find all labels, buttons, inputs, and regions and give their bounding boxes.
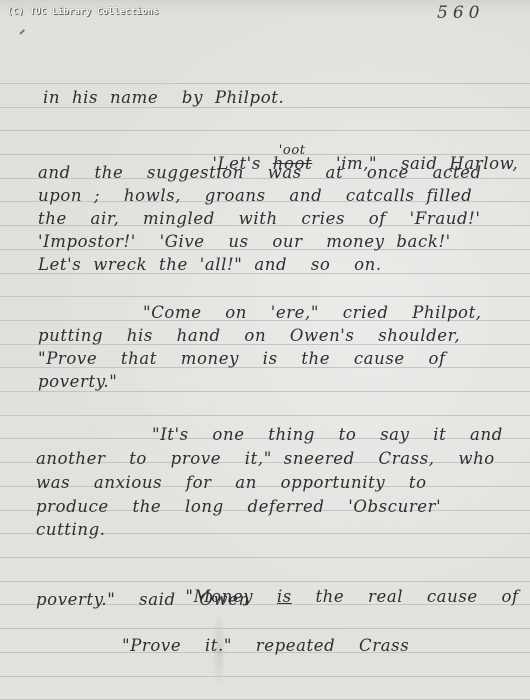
text-line: the air, mingled with cries of 'Fraud!' [38,209,481,229]
ruled-line [0,83,530,84]
manuscript-page: (C) TUC Library Collections 560 in his n… [0,0,530,700]
inserted-word: 'oot [279,141,306,161]
text-line: "Come on 'ere," cried Philpot, [143,303,482,323]
copyright-watermark: (C) TUC Library Collections [7,7,159,17]
text-line: was anxious for an opportunity to [36,473,427,493]
text-line: in his name by Philpot. [43,88,284,108]
text-line: putting his hand on Owen's shoulder, [38,326,460,346]
text-line: "Prove it." repeated Crass [122,636,409,656]
page-number: 560 [437,3,484,23]
text-line: Let's wreck the 'all!" and so on. [38,255,382,275]
text-line: cutting. [36,520,106,540]
ruled-line [0,628,530,629]
ruled-line [0,296,530,297]
ruled-line [0,130,530,131]
text-line: 'Impostor!' 'Give us our money back!' [38,232,451,252]
ruled-line [0,415,530,416]
ruled-line [0,557,530,558]
text-line: poverty." [38,372,117,392]
text-line: produce the long deferred 'Obscurer' [36,497,441,517]
text-line: upon ; howls, groans and catcalls filled [38,186,472,206]
text-fragment: the real cause of [292,587,519,606]
ruled-line [0,676,530,677]
text-line: and the suggestion was at once acted [38,163,482,183]
pencil-mark [19,29,24,34]
text-line: poverty." said Owen [36,590,250,610]
text-line: another to prove it," sneered Crass, who [36,449,495,469]
text-line: "It's one thing to say it and [152,425,503,445]
text-line: "Prove that money is the cause of [38,349,446,369]
underlined-word: is [277,587,292,606]
